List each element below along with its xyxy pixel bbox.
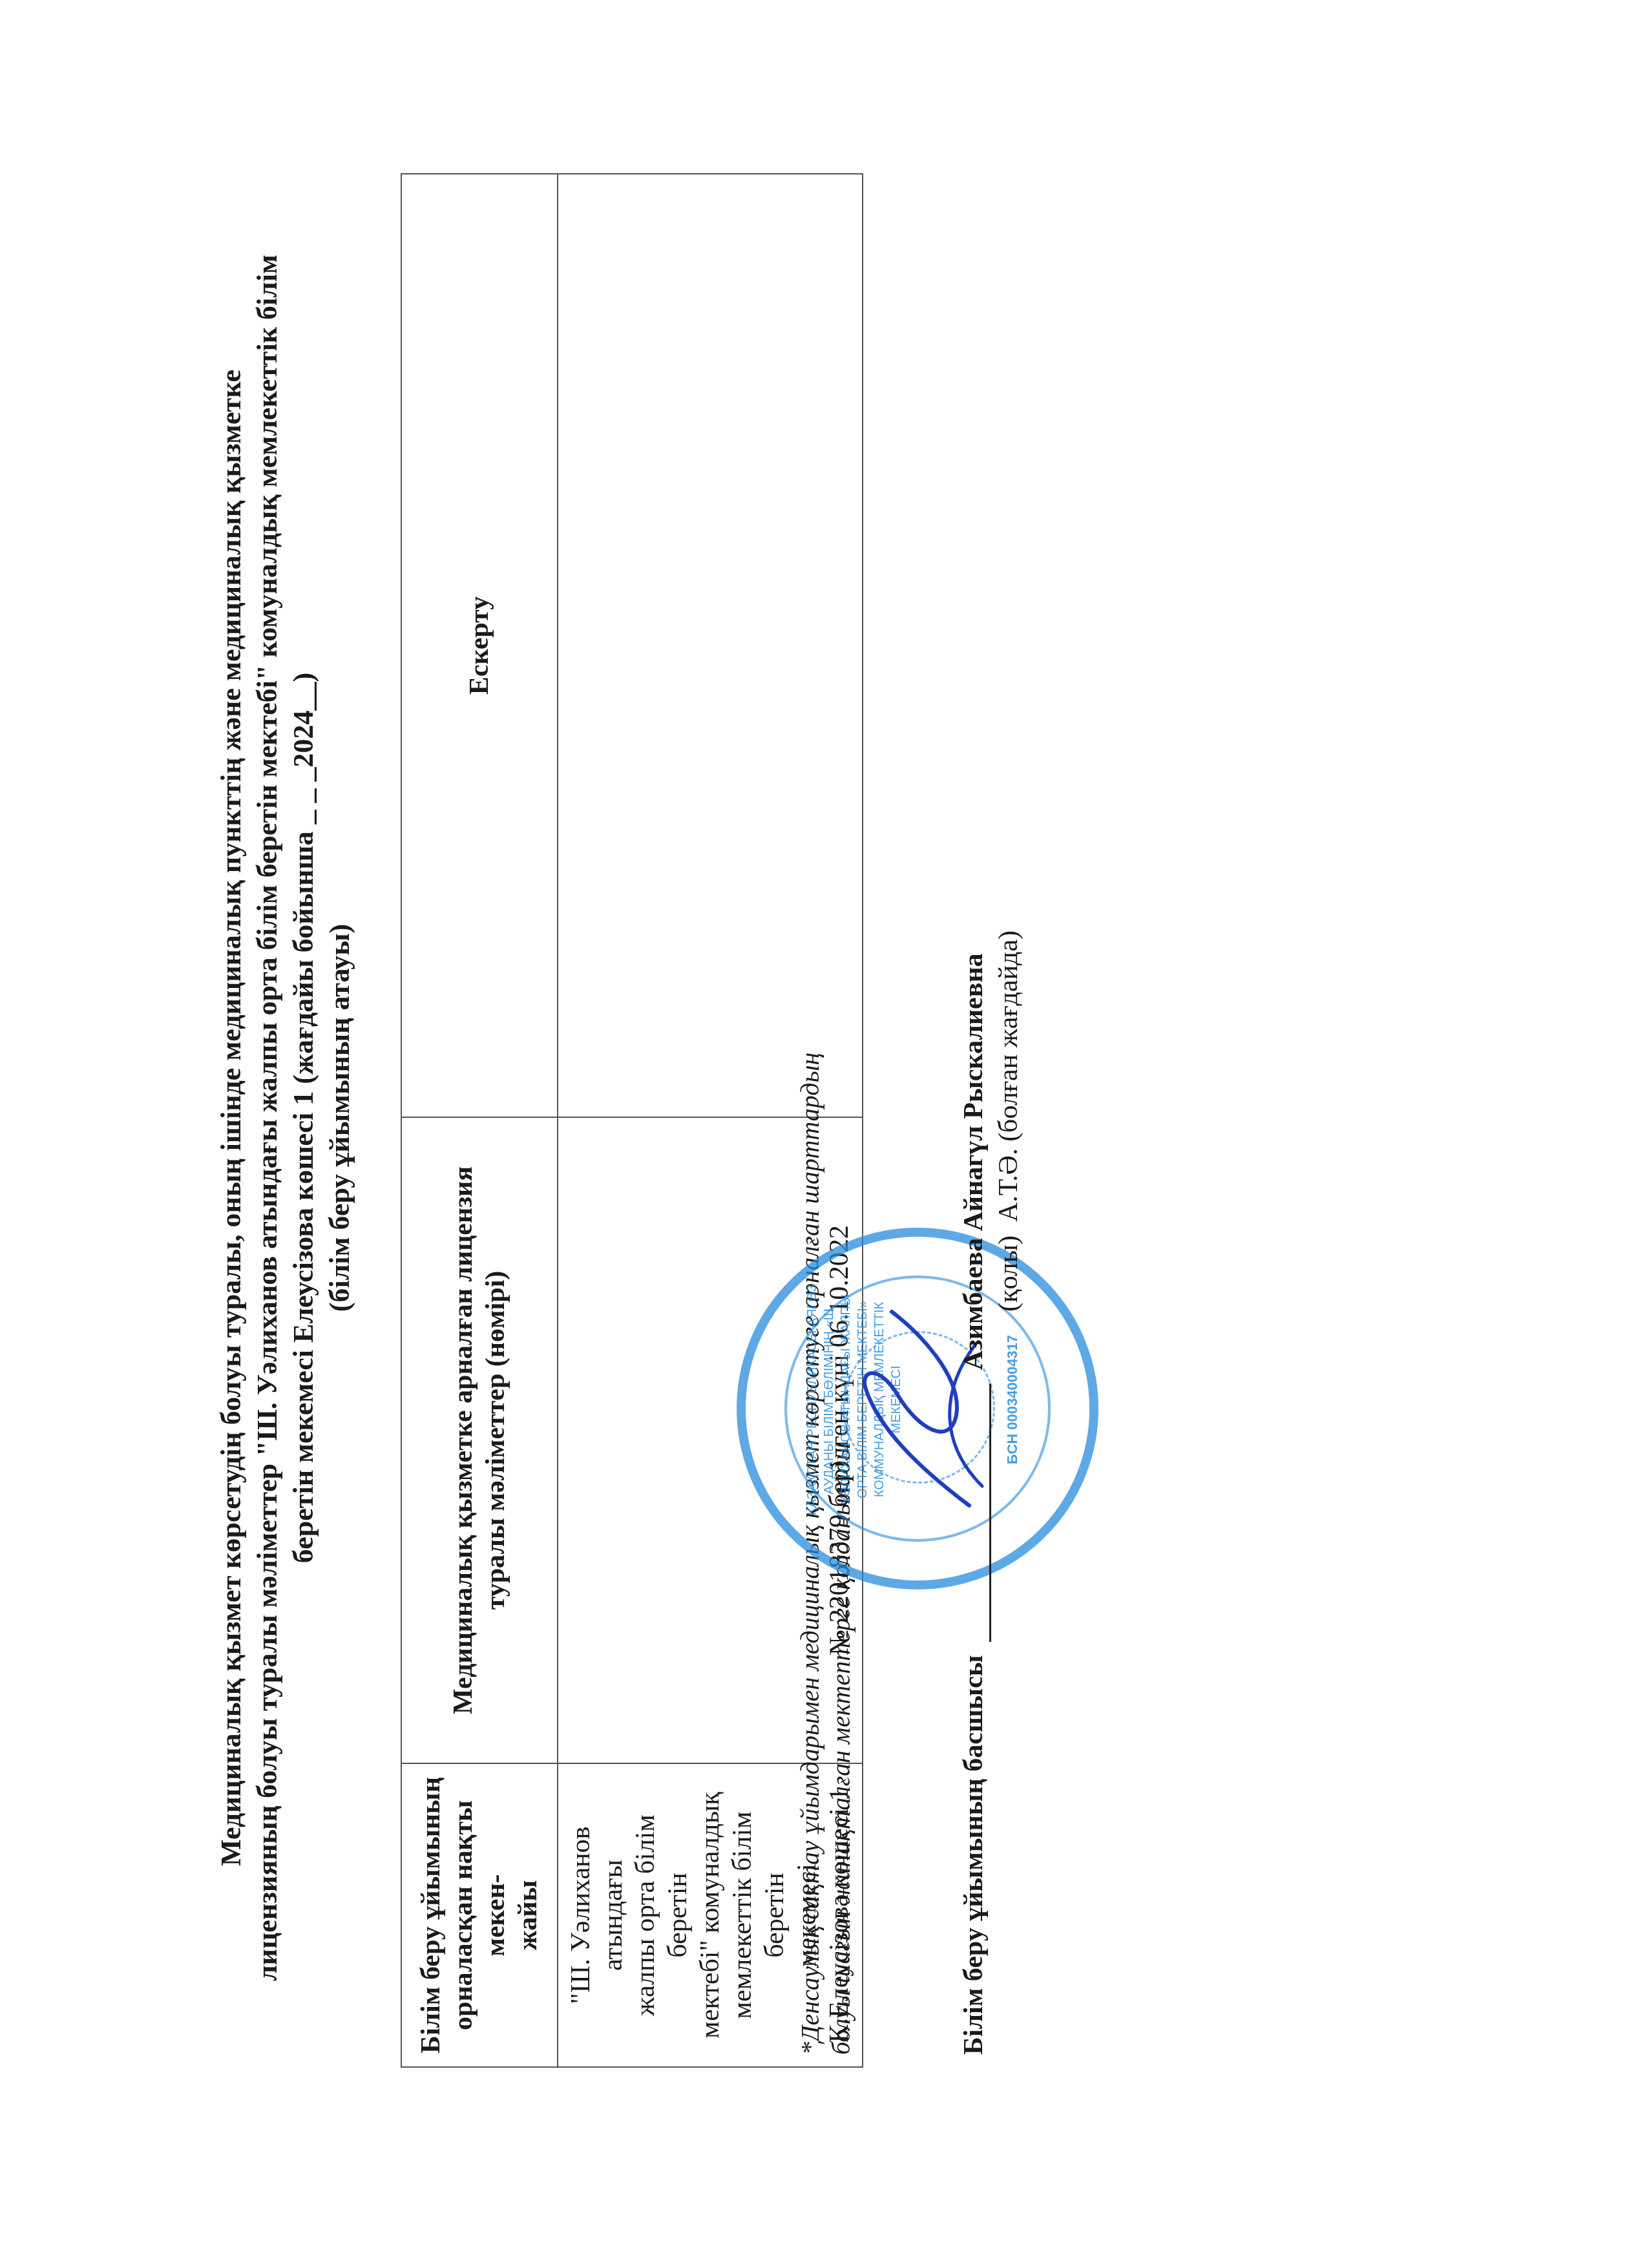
signature-caption: (қолы) bbox=[994, 1235, 1024, 1312]
title-line-3: беретін мекемесі Елеусізова көшесі 1 (жа… bbox=[286, 181, 322, 2055]
title-line-2: лицензияның болуы туралы мәліметтер "Ш. … bbox=[249, 181, 286, 2055]
signer-role: Білім беру ұйымының басшысы bbox=[959, 1655, 989, 2055]
table-header-row: Білім беру ұйымының орналасқан нақты мек… bbox=[401, 174, 558, 2067]
name-caption: А.Т.Ә. (болған жағдайда) bbox=[994, 930, 1024, 1222]
license-info-table: Білім беру ұйымының орналасқан нақты мек… bbox=[401, 173, 863, 2068]
document-title: Медициналық қызмет көрсетудің болуы тура… bbox=[213, 181, 358, 2055]
signature-block: Білім беру ұйымының басшысы Азимбаева Ай… bbox=[956, 375, 1026, 2055]
title-line-4: (білім беру ұйымының атауы) bbox=[322, 181, 358, 2055]
document-page: Медициналық қызмет көрсетудің болуы тура… bbox=[0, 0, 1649, 2268]
header-license: Медициналық қызметке арналған лицензия т… bbox=[401, 1117, 558, 1763]
header-note: Ескерту bbox=[401, 174, 558, 1117]
signer-name: Азимбаева Айнагүл Рыскалиевна bbox=[959, 953, 989, 1370]
title-line-1: Медициналық қызмет көрсетудің болуы тура… bbox=[213, 181, 249, 2055]
header-address: Білім беру ұйымының орналасқан нақты мек… bbox=[401, 1763, 558, 2067]
signature-line bbox=[989, 1383, 991, 1642]
